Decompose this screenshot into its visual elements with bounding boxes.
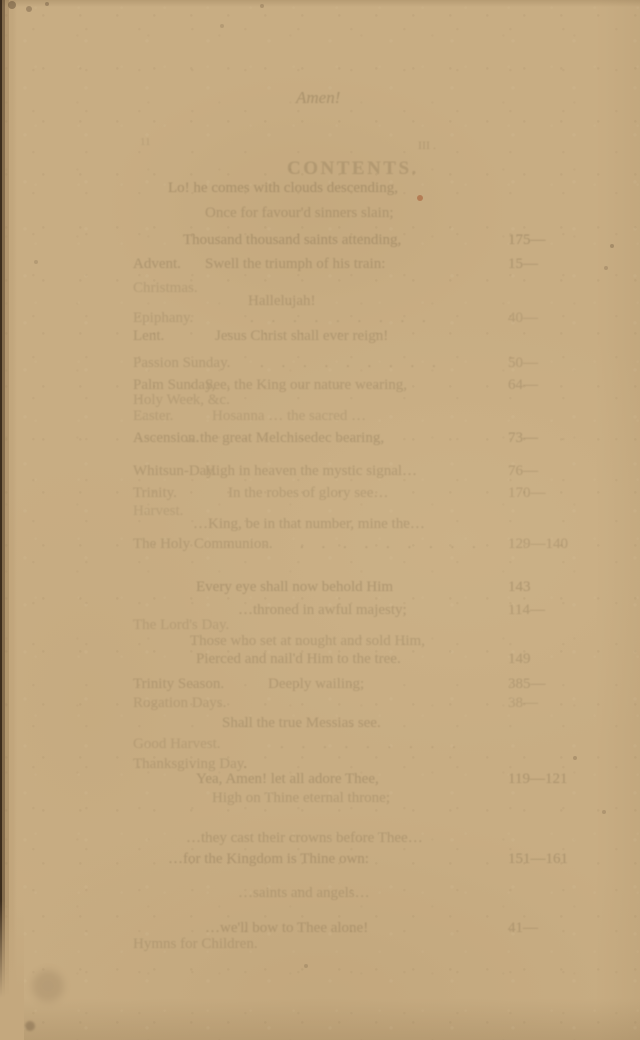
season-label: Holy Week, &c.	[133, 392, 230, 409]
page-numbers: 76—	[508, 463, 538, 480]
ghost-text-lines: Amen!11III .CONTENTS.Lo! he comes with c…	[0, 0, 640, 1040]
ghost-line: …King, be in that number, mine the…	[0, 516, 640, 536]
hymn-line-text: …they cast their crowns before Thee…	[186, 830, 423, 847]
ghost-line: Good Harvest.. . . . . . . . .	[0, 736, 640, 756]
season-label: Trinity Season.	[133, 676, 224, 693]
ghost-line: Easter.Hosanna … the sacred …	[0, 408, 640, 428]
page-numbers: 149	[508, 651, 531, 668]
season-label: The Holy Communion.	[133, 536, 273, 553]
ghost-line: The Holy Communion.. . . . . . . . .129—…	[0, 536, 640, 556]
page-numbers: 119—121	[508, 771, 567, 788]
ghost-line: Advent.Swell the triumph of his train:15…	[0, 256, 640, 276]
page-numbers: 175—	[508, 232, 546, 249]
hymn-line-text: Swell the triumph of his train:	[205, 256, 385, 273]
hymn-line-text: High on Thine eternal throne;	[212, 790, 390, 807]
hymn-line-text: Every eye shall now behold Him	[196, 579, 393, 596]
page-numbers: 73—	[508, 430, 538, 447]
page-numbers: 41—	[508, 920, 538, 937]
page-numbers: 143	[508, 579, 531, 596]
hymn-line-text: Lo! he comes with clouds descending,	[168, 180, 398, 197]
season-label: Easter.	[133, 408, 173, 425]
hymn-line-text: …saints and angels…	[238, 885, 370, 902]
dot-leaders: . . . . . . . . .	[280, 736, 463, 753]
hymn-line-text: Deeply wailing;	[268, 676, 364, 693]
ghost-line: …they cast their crowns before Thee…	[0, 830, 640, 850]
hymn-line-text: Jesus Christ shall ever reign!	[215, 328, 388, 345]
season-label: Epiphany.	[133, 310, 193, 327]
hymn-line-text: Once for favour'd sinners slain;	[205, 205, 393, 222]
scanned-page: Amen!11III .CONTENTS.Lo! he comes with c…	[0, 0, 640, 1040]
ghost-line: Ascension.…the great Melchisedec bearing…	[0, 430, 640, 450]
ghost-line: Passion Sunday.. . . . . . . . .50—	[0, 355, 640, 375]
ghost-line: …for the Kingdom is Thine own:151—161	[0, 851, 640, 871]
page-numbers: 170—	[508, 485, 546, 502]
ghost-line: Lent.Jesus Christ shall ever reign!	[0, 328, 640, 348]
ghost-line: Amen!	[0, 88, 640, 108]
hymn-line-text: …we'll bow to Thee alone!	[205, 920, 368, 937]
page-numbers: 40—	[508, 310, 538, 327]
hymn-line-text: …for the Kingdom is Thine own:	[168, 851, 369, 868]
ghost-line: …saints and angels…	[0, 885, 640, 905]
ghost-line: Hymns for Children.	[0, 936, 640, 956]
hymn-line-text: Shall the true Messias see.	[222, 715, 381, 732]
dot-leaders: . . . . . . . . .	[250, 310, 433, 327]
hymn-line-text: Those who set at nought and sold Him,	[190, 633, 425, 650]
ghost-line: High on Thine eternal throne;	[0, 790, 640, 810]
ghost-line: Trinity.In the robes of glory see…170—	[0, 485, 640, 505]
season-label: Passion Sunday.	[133, 355, 230, 372]
page-numbers: 151—161	[508, 851, 568, 868]
season-label: The Lord's Day.	[133, 617, 229, 634]
hymn-line-text: High in heaven the mystic signal…	[205, 463, 417, 480]
ghost-line: Rogation Days.38—	[0, 695, 640, 715]
season-label: Trinity.	[133, 485, 177, 502]
page-numbers: 15—	[508, 256, 538, 273]
page-numbers: 38—	[508, 695, 538, 712]
hymn-line-text: Pierced and nail'd Him to the tree.	[196, 651, 401, 668]
ghost-line: Shall the true Messias see.	[0, 715, 640, 735]
ghost-line: Whitsun-Day.High in heaven the mystic si…	[0, 463, 640, 483]
season-label: Rogation Days.	[133, 695, 226, 712]
page-numbers: 50—	[508, 355, 538, 372]
hymn-line-text: Thousand thousand saints attending,	[183, 232, 401, 249]
hymn-line-text: CONTENTS.	[287, 158, 419, 180]
ghost-line: Those who set at nought and sold Him,	[0, 633, 640, 653]
ghost-line: Pierced and nail'd Him to the tree.149	[0, 651, 640, 671]
page-numbers: 385—	[508, 676, 546, 693]
hymn-line-text: III .	[418, 138, 436, 153]
season-label: Hymns for Children.	[133, 936, 258, 953]
hymn-line-text: …King, be in that number, mine the…	[193, 516, 425, 533]
season-label: Lent.	[133, 328, 164, 345]
ghost-line: Yea, Amen! let all adore Thee,119—121	[0, 771, 640, 791]
hymn-line-text: In the robes of glory see…	[228, 485, 388, 502]
hymn-line-text: …the great Melchisedec bearing,	[185, 430, 384, 447]
ghost-line: CONTENTS.	[0, 158, 640, 178]
ghost-line: Every eye shall now behold Him143	[0, 579, 640, 599]
hymn-line-text: Hosanna … the sacred …	[212, 408, 366, 425]
dot-leaders: . . . . . . . . .	[300, 536, 483, 553]
dot-leaders: . . . . . . . . .	[260, 355, 443, 372]
ghost-line: III .	[0, 138, 640, 158]
hymn-line-text: Yea, Amen! let all adore Thee,	[196, 771, 379, 788]
ghost-line: Trinity Season.Deeply wailing;385—	[0, 676, 640, 696]
ghost-line: Epiphany.. . . . . . . . .40—	[0, 310, 640, 330]
page-numbers: 129—140	[508, 536, 568, 553]
hymn-line-text: Amen!	[296, 88, 340, 108]
ghost-line: Once for favour'd sinners slain;	[0, 205, 640, 225]
season-label: Good Harvest.	[133, 736, 220, 753]
ghost-line: Lo! he comes with clouds descending,	[0, 180, 640, 200]
hymn-line-text: Hallelujah!	[248, 293, 315, 310]
season-label: Advent.	[133, 256, 181, 273]
ghost-line: Thousand thousand saints attending,175—	[0, 232, 640, 252]
